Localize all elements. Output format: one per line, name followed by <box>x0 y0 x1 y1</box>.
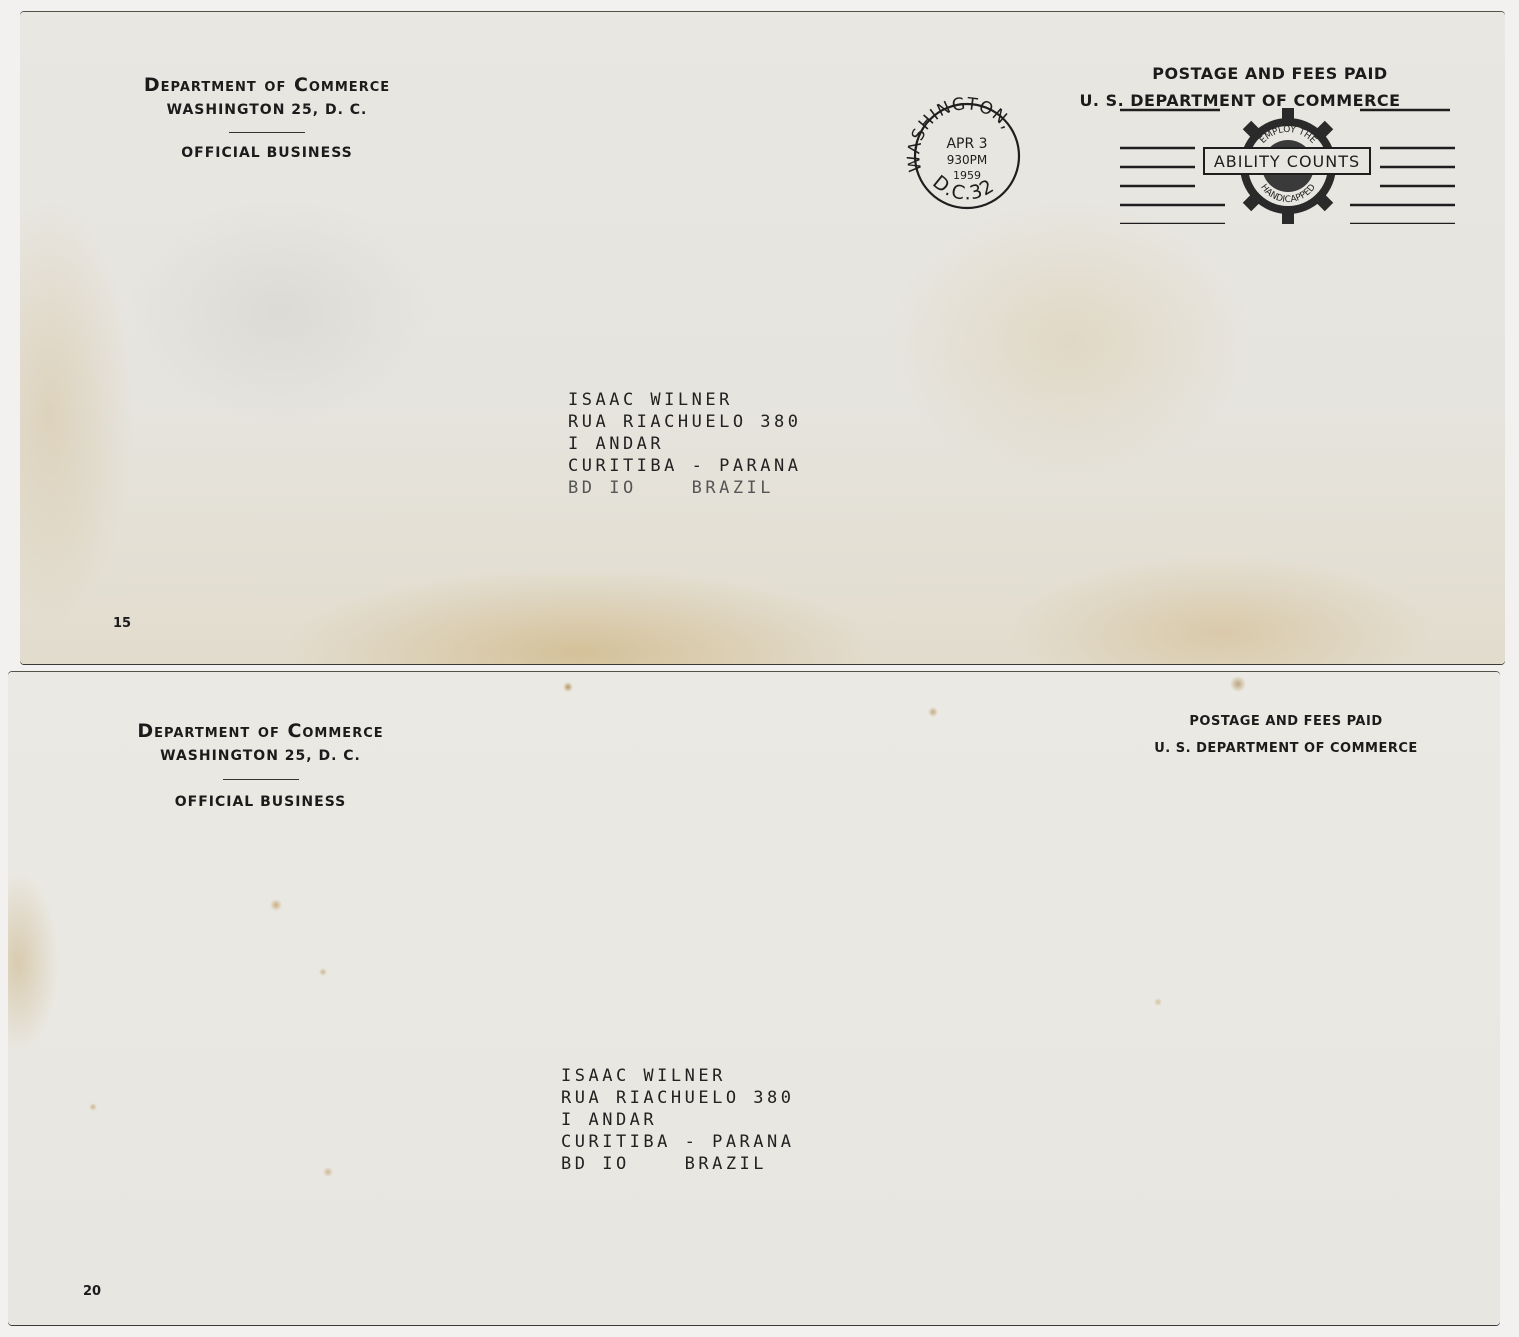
recipient-line: ISAAC WILNER <box>561 1065 795 1087</box>
return-city: WASHINGTON 25, D. C. <box>82 102 452 118</box>
recipient-line: ISAAC WILNER <box>568 389 802 411</box>
envelope-bottom: Department of Commerce WASHINGTON 25, D.… <box>8 672 1500 1325</box>
official-business-label: OFFICIAL BUSINESS <box>73 794 448 810</box>
recipient-line: RUA RIACHUELO 380 <box>561 1087 795 1109</box>
return-address: Department of Commerce WASHINGTON 25, D.… <box>82 74 452 161</box>
recipient-line: I ANDAR <box>568 433 802 455</box>
form-number: 15 <box>113 616 131 631</box>
divider <box>229 132 305 133</box>
return-address: Department of Commerce WASHINGTON 25, D.… <box>73 720 448 810</box>
postage-permit: POSTAGE AND FEES PAID U. S. DEPARTMENT O… <box>1126 714 1446 756</box>
recipient-line: BD IO BRAZIL <box>561 1153 795 1175</box>
svg-text:930PM: 930PM <box>947 153 988 167</box>
slogan-cancel-gear-icon: EMPLOY THE HANDICAPPED ABILITY COUNTS <box>1110 104 1470 224</box>
recipient-line: CURITIBA - PARANA <box>561 1131 795 1153</box>
postmark-circle-icon: WASHINGTON, D.C.32 APR 3 930PM 1959 <box>892 96 1042 216</box>
permit-line-2: U. S. DEPARTMENT OF COMMERCE <box>1126 741 1446 756</box>
recipient-line: I ANDAR <box>561 1109 795 1131</box>
permit-line-1: POSTAGE AND FEES PAID <box>1100 64 1440 83</box>
official-business-label: OFFICIAL BUSINESS <box>82 145 452 161</box>
envelope-top: Department of Commerce WASHINGTON 25, D.… <box>20 12 1505 664</box>
recipient-line: CURITIBA - PARANA <box>568 455 802 477</box>
svg-text:ABILITY COUNTS: ABILITY COUNTS <box>1214 152 1360 171</box>
recipient-address: ISAAC WILNERRUA RIACHUELO 380I ANDARCURI… <box>568 389 802 499</box>
recipient-line: RUA RIACHUELO 380 <box>568 411 802 433</box>
divider <box>223 779 299 780</box>
recipient-line: BD IO BRAZIL <box>568 477 802 499</box>
form-number: 20 <box>83 1284 101 1299</box>
return-organization: Department of Commerce <box>82 74 452 96</box>
return-city: WASHINGTON 25, D. C. <box>73 748 448 764</box>
recipient-address: ISAAC WILNERRUA RIACHUELO 380I ANDARCURI… <box>561 1065 795 1175</box>
permit-line-1: POSTAGE AND FEES PAID <box>1126 714 1446 729</box>
svg-text:APR 3: APR 3 <box>946 136 987 152</box>
return-organization: Department of Commerce <box>73 720 448 742</box>
svg-text:1959: 1959 <box>953 169 981 182</box>
